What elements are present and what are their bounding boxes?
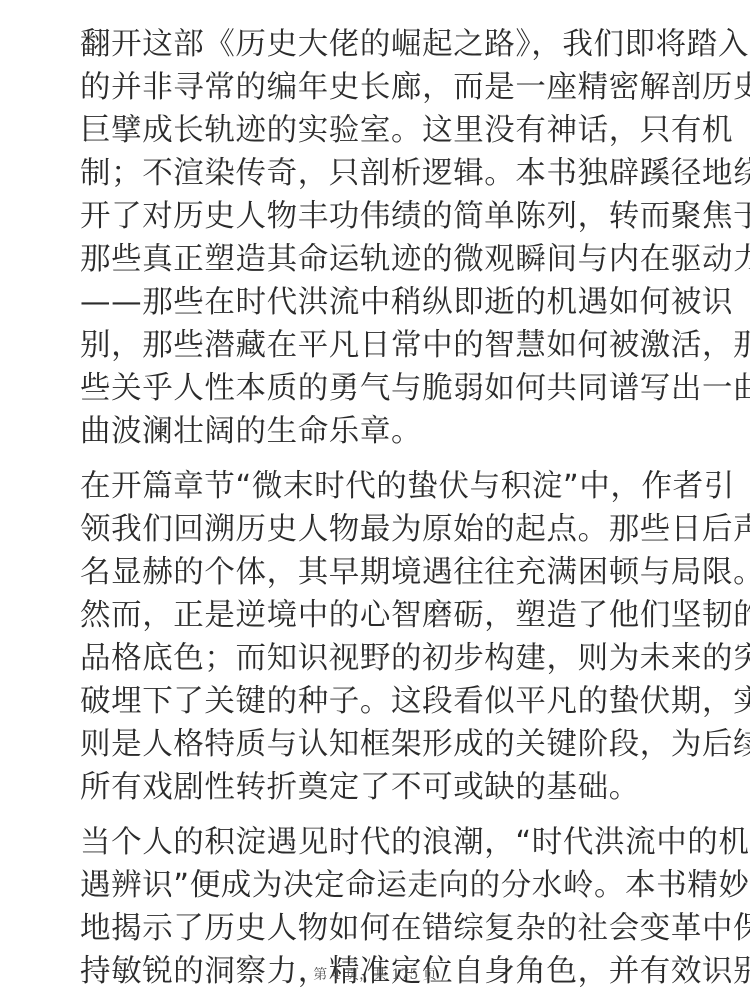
text-line: 所有戏剧性转折奠定了不可或缺的基础。: [80, 766, 684, 809]
text-line: 的并非寻常的编年史长廊，而是一座精密解剖历史: [80, 66, 684, 109]
text-line: ——那些在时代洪流中稍纵即逝的机遇如何被识: [80, 281, 684, 324]
text-line: 则是人格特质与认知框架形成的关键阶段，为后续: [80, 723, 684, 766]
paragraph-2: 在开篇章节“微末时代的蛰伏与积淀”中，作者引 领我们回溯历史人物最为原始的起点。…: [80, 465, 684, 809]
text-line: 当个人的积淀遇见时代的浪潮，“时代洪流中的机: [80, 821, 684, 864]
page-number-footer: 第 4 页，共 175 页: [0, 964, 750, 984]
text-line: 领我们回溯历史人物最为原始的起点。那些日后声: [80, 508, 684, 551]
text-line: 那些真正塑造其命运轨迹的微观瞬间与内在驱动力: [80, 238, 684, 281]
text-line: 名显赫的个体，其早期境遇往往充满困顿与局限。: [80, 551, 684, 594]
text-line: 破埋下了关键的种子。这段看似平凡的蛰伏期，实: [80, 680, 684, 723]
text-line: 巨擘成长轨迹的实验室。这里没有神话，只有机: [80, 109, 684, 152]
document-page: 翻开这部《历史大佬的崛起之路》，我们即将踏入 的并非寻常的编年史长廊，而是一座精…: [80, 23, 684, 1000]
paragraph-1: 翻开这部《历史大佬的崛起之路》，我们即将踏入 的并非寻常的编年史长廊，而是一座精…: [80, 23, 684, 453]
text-line: 别，那些潜藏在平凡日常中的智慧如何被激活，那: [80, 324, 684, 367]
text-line: 曲波澜壮阔的生命乐章。: [80, 410, 684, 453]
text-line: 遇辨识”便成为决定命运走向的分水岭。本书精妙: [80, 864, 684, 907]
text-line: 地揭示了历史人物如何在错综复杂的社会变革中保: [80, 907, 684, 950]
text-line: 些关乎人性本质的勇气与脆弱如何共同谱写出一曲: [80, 367, 684, 410]
text-line: 翻开这部《历史大佬的崛起之路》，我们即将踏入: [80, 23, 684, 66]
text-line: 然而，正是逆境中的心智磨砺，塑造了他们坚韧的: [80, 594, 684, 637]
text-line: 开了对历史人物丰功伟绩的简单陈列，转而聚焦于: [80, 195, 684, 238]
text-line: 制；不渲染传奇，只剖析逻辑。本书独辟蹊径地绕: [80, 152, 684, 195]
text-line: 在开篇章节“微末时代的蛰伏与积淀”中，作者引: [80, 465, 684, 508]
text-line: 品格底色；而知识视野的初步构建，则为未来的突: [80, 637, 684, 680]
